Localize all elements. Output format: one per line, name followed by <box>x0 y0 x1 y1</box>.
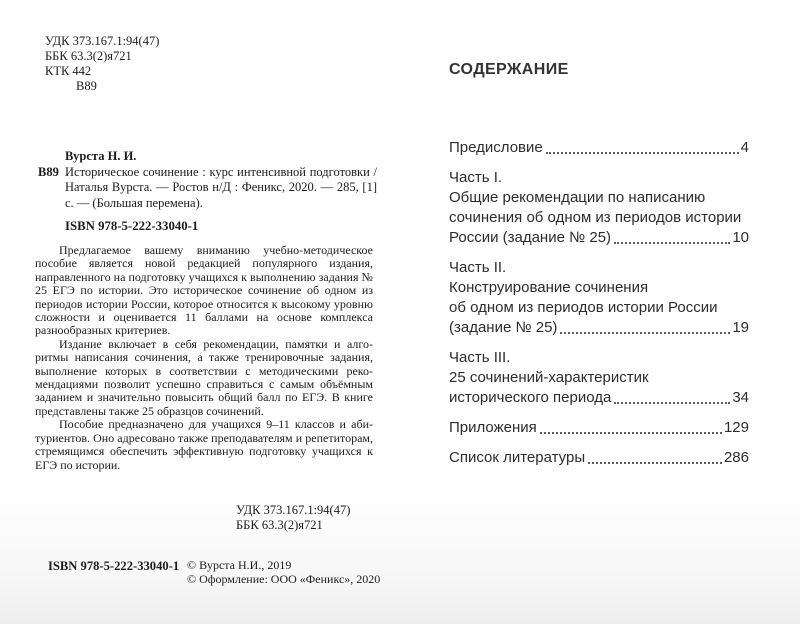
toc-page-number: 4 <box>741 138 749 158</box>
isbn-footer: ISBN 978-5-222-33040-1 <box>48 559 179 574</box>
toc-title: СОДЕРЖАНИЕ <box>449 60 749 80</box>
toc-leader-line: Предисловие 4 <box>449 138 749 158</box>
toc-entry-text: Общие рекомендации по написанию <box>449 188 749 208</box>
copyright-publisher: © Оформление: ООО «Феникс», 2020 <box>187 572 380 586</box>
book-spread: УДК 373.167.1:94(47) ББК 63.3(2)я721 КТК… <box>0 0 800 624</box>
toc-entry-text: 25 сочинений-характеристик <box>449 368 749 388</box>
toc-leader-line: Список литературы 286 <box>449 448 749 468</box>
toc-part-label: Часть III. <box>449 348 749 368</box>
annotation-paragraph-2: Издание включает в себя рекомендации, па… <box>35 338 373 418</box>
dot-leader <box>540 432 722 434</box>
left-page: УДК 373.167.1:94(47) ББК 63.3(2)я721 КТК… <box>0 0 400 624</box>
toc-item-part-1: Часть I. Общие рекомендации по написанию… <box>449 168 749 248</box>
entry-author-code: В89 <box>38 165 59 181</box>
toc-leader-line: России (задание № 25) 10 <box>449 228 749 248</box>
dot-leader <box>560 332 730 334</box>
toc-item-bibliography: Список литературы 286 <box>449 448 749 468</box>
toc-page-number: 286 <box>724 448 749 468</box>
toc-entry-text: об одном из периодов истории России <box>449 298 749 318</box>
dot-leader <box>546 152 739 154</box>
toc-entry-text: сочинения об одном из периодов истории <box>449 208 749 228</box>
toc-item-part-2: Часть II. Конструирование сочинения об о… <box>449 258 749 338</box>
toc-leader-line: исторического периода 34 <box>449 388 749 408</box>
annotation-paragraph-1: Предлагаемое вашему вниманию учебно-мето… <box>35 244 373 338</box>
toc-entry-label: России (задание № 25) <box>449 228 611 248</box>
annotation-paragraph-3: Пособие предназначено для учащихся 9–11 … <box>35 418 373 472</box>
toc-page-number: 10 <box>732 228 749 248</box>
toc-page-number: 129 <box>724 418 749 438</box>
toc-entry-label: исторического периода <box>449 388 611 408</box>
biblio-description: В89 Историческое сочинение : курс интенс… <box>65 165 377 212</box>
author-name: Вурста Н. И. <box>65 149 377 165</box>
dot-leader <box>614 402 730 404</box>
ktk-code: КТК 442 <box>45 64 159 79</box>
bbk-code-bottom: ББК 63.3(2)я721 <box>236 518 350 533</box>
biblio-text: Историческое сочинение : курс интенсивно… <box>65 165 377 210</box>
cataloging-codes-top: УДК 373.167.1:94(47) ББК 63.3(2)я721 КТК… <box>45 34 159 94</box>
toc-item-appendices: Приложения 129 <box>449 418 749 438</box>
toc-part-label: Часть II. <box>449 258 749 278</box>
udk-code-bottom: УДК 373.167.1:94(47) <box>236 503 350 518</box>
cataloging-codes-bottom: УДК 373.167.1:94(47) ББК 63.3(2)я721 <box>236 503 350 532</box>
toc-leader-line: Приложения 129 <box>449 418 749 438</box>
udk-code: УДК 373.167.1:94(47) <box>45 34 159 49</box>
annotation-block: Предлагаемое вашему вниманию учебно-мето… <box>35 244 373 472</box>
author-sign-code: В89 <box>45 79 159 94</box>
copyright-author: © Вурста Н.И., 2019 <box>187 558 380 572</box>
toc-entry-text: Конструирование сочинения <box>449 278 749 298</box>
table-of-contents: Предисловие 4 Часть I. Общие рекомендаци… <box>449 138 749 468</box>
right-page: СОДЕРЖАНИЕ Предисловие 4 Часть I. Общие … <box>449 60 749 478</box>
toc-leader-line: (задание № 25) 19 <box>449 318 749 338</box>
bibliographic-entry: Вурста Н. И. В89 Историческое сочинение … <box>38 149 377 235</box>
toc-item-preface: Предисловие 4 <box>449 138 749 158</box>
toc-page-number: 34 <box>732 388 749 408</box>
toc-part-label: Часть I. <box>449 168 749 188</box>
dot-leader <box>588 462 722 464</box>
toc-entry-label: Приложения <box>449 418 537 438</box>
bbk-code: ББК 63.3(2)я721 <box>45 49 159 64</box>
copyright-block: © Вурста Н.И., 2019 © Оформление: ООО «Ф… <box>187 558 380 586</box>
toc-item-part-3: Часть III. 25 сочинений-характеристик ис… <box>449 348 749 408</box>
toc-entry-label: Список литературы <box>449 448 585 468</box>
toc-page-number: 19 <box>732 318 749 338</box>
dot-leader <box>614 242 730 244</box>
isbn-number: ISBN 978-5-222-33040-1 <box>65 219 377 235</box>
toc-entry-label: (задание № 25) <box>449 318 557 338</box>
toc-entry-label: Предисловие <box>449 138 543 158</box>
